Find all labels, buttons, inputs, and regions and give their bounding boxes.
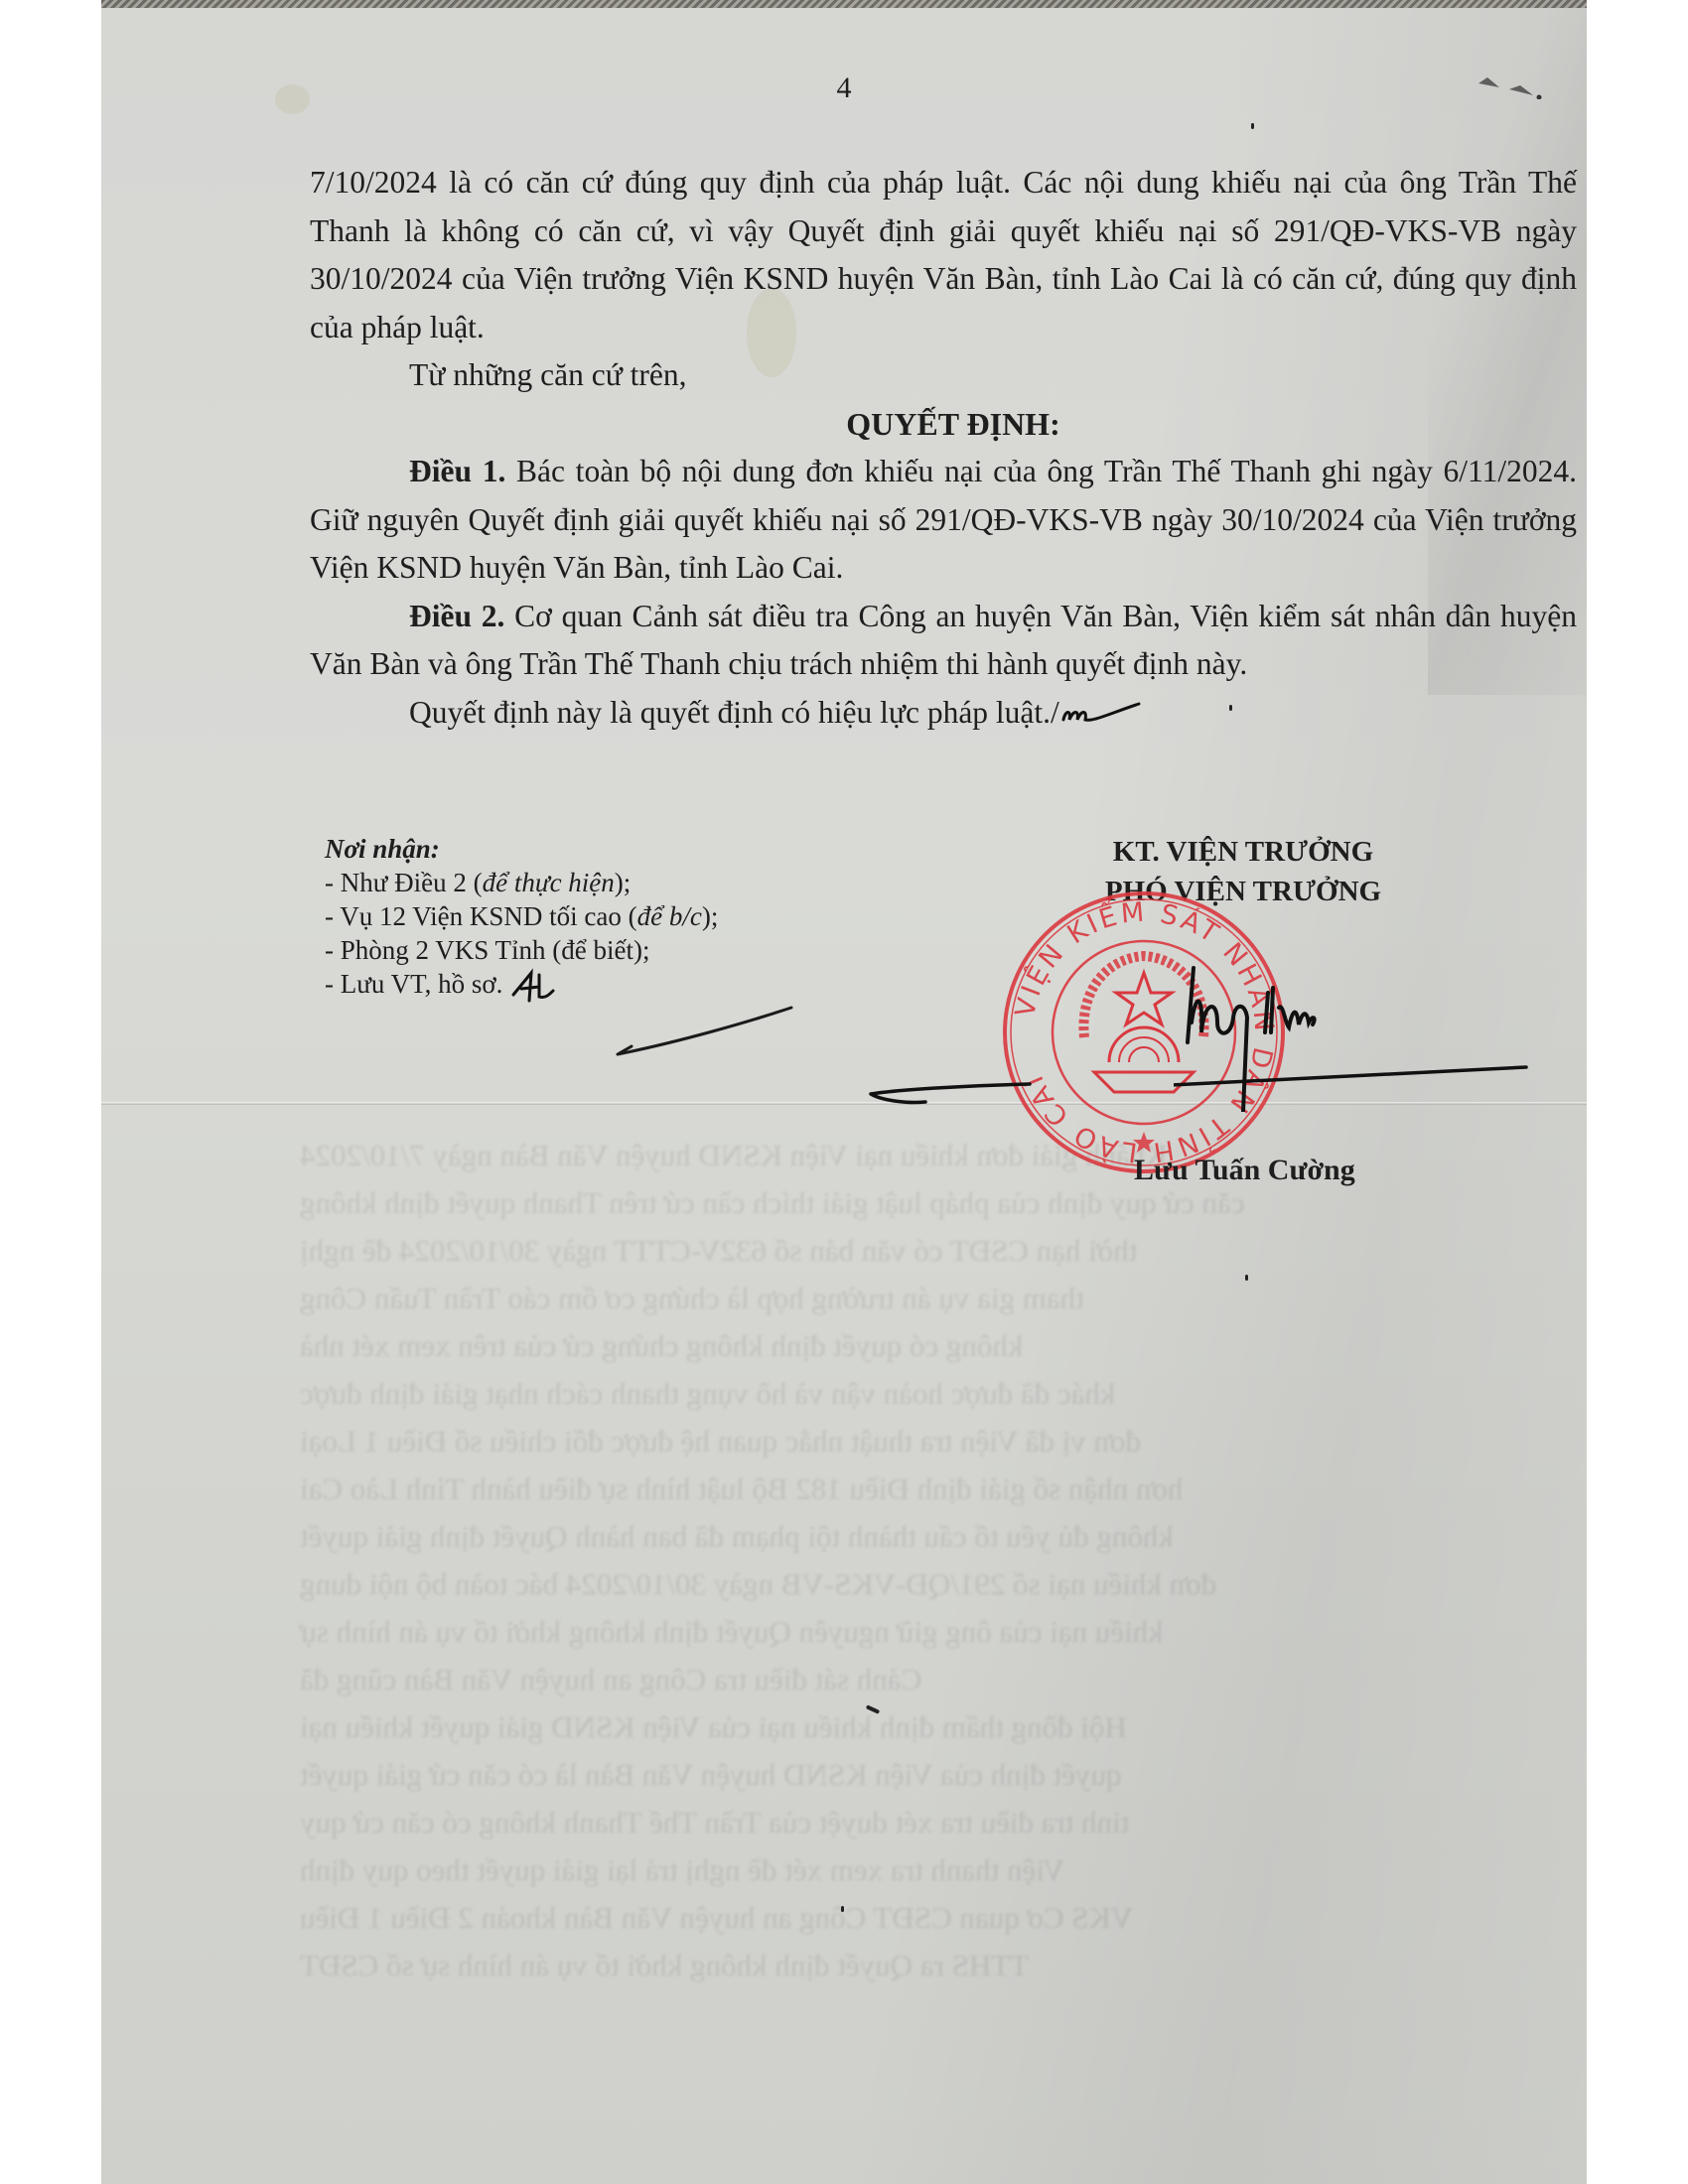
page-number: 4: [101, 71, 1587, 105]
ink-speck: [1251, 123, 1254, 129]
signer-name: Lưu Tuấn Cường: [1134, 1154, 1355, 1187]
ink-speck: [866, 1705, 880, 1714]
handwritten-signature-icon: [1174, 963, 1531, 1112]
recipients-list: Nơi nhận: - Như Điều 2 (để thực hiện); -…: [325, 832, 718, 1007]
paragraph-conclusion: 7/10/2024 là có căn cứ đúng quy định của…: [310, 159, 1577, 351]
closing-statement: Quyết định này là quyết định có hiệu lực…: [310, 689, 1577, 738]
ink-speck: [841, 1906, 844, 1912]
signature-underline-icon: [866, 1072, 1035, 1132]
document-photo: Khánh giải đơn khiếu nại Viện KSND huyện…: [101, 0, 1587, 2184]
signer-title-1: KT. VIỆN TRƯỞNG: [965, 832, 1521, 872]
article-2-label: Điều 2.: [409, 599, 504, 633]
article-2: Điều 2. Cơ quan Cảnh sát điều tra Công a…: [310, 593, 1577, 689]
recipients-title: Nơi nhận:: [325, 832, 718, 866]
article-1-label: Điều 1.: [409, 454, 505, 488]
document-body: 7/10/2024 là có căn cứ đúng quy định của…: [310, 159, 1577, 737]
handwritten-mark-icon: [509, 967, 569, 1007]
closing-text: Quyết định này là quyết định có hiệu lực…: [409, 695, 1059, 730]
recipient-item: - Như Điều 2 (để thực hiện);: [325, 866, 718, 899]
decision-heading: QUYẾT ĐỊNH:: [310, 400, 1577, 449]
article-1: Điều 1. Bác toàn bộ nội dung đơn khiếu n…: [310, 448, 1577, 593]
background-edge: [101, 0, 1587, 8]
recipient-item: - Vụ 12 Viện KSND tối cao (để b/c);: [325, 899, 718, 933]
paragraph-basis: Từ những căn cứ trên,: [310, 351, 1577, 400]
ink-speck: [1245, 1275, 1248, 1281]
recipient-item: - Lưu VT, hồ sơ.: [325, 967, 718, 1007]
pen-stroke-icon: [598, 1003, 796, 1062]
ink-speck: [1229, 705, 1232, 711]
handwritten-initials-icon: [1059, 700, 1149, 730]
bleed-through-text: Khánh giải đơn khiếu nại Viện KSND huyện…: [300, 1132, 1541, 1989]
recipient-item: - Phòng 2 VKS Tỉnh (để biết);: [325, 933, 718, 967]
